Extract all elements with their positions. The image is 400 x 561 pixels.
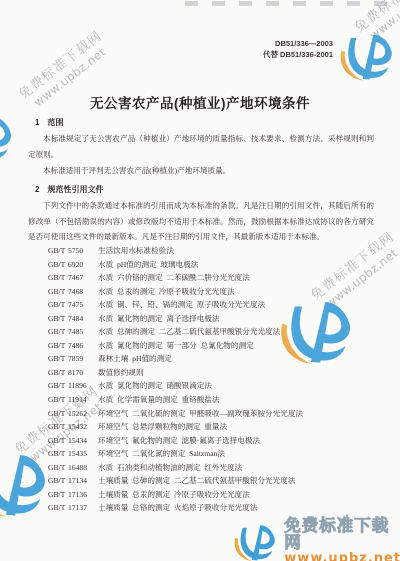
- reference-standard-title: 土壤质量 总砷的测定 二乙基二硫代氨基甲酸银分光光度法: [98, 474, 295, 488]
- reference-standard-label: GB/T: [48, 312, 65, 326]
- reference-standard-label: GB/T: [48, 352, 65, 366]
- reference-standard-number: 7467: [68, 271, 98, 285]
- reference-standard-label: GB/T: [48, 325, 65, 339]
- upbz-logo-icon: [0, 111, 19, 165]
- reference-standard-label: GB/T: [48, 366, 65, 380]
- section2-number: 2: [35, 185, 39, 194]
- reference-standard-number: 7859: [68, 352, 98, 366]
- document-page: 免费标准下载网 www.upbz.net 免费标准下载网 www.upbz.ne…: [0, 0, 400, 561]
- reference-standard-number: 17134: [68, 474, 98, 488]
- reference-standard-title: 水质 氟化物的测定 离子选择电极法: [98, 312, 220, 326]
- reference-row: GB/T 5750 生活饮用水标准检验法: [48, 244, 378, 258]
- reference-standard-title: 水质 六价铬的测定 二苯碳酰二肼分光光度法: [98, 271, 250, 285]
- doc-number-replaces: 代替 DB51/336-2001: [263, 50, 333, 61]
- reference-standard-label: GB/T: [48, 461, 65, 475]
- reference-standard-title: 生活饮用水标准检验法: [98, 244, 174, 258]
- reference-standard-label: GB/T: [48, 501, 65, 515]
- reference-standard-number: 11896: [68, 379, 98, 393]
- reference-standard-number: 7475: [68, 298, 98, 312]
- reference-standard-number: 15432: [68, 420, 98, 434]
- reference-standard-number: 17136: [68, 488, 98, 502]
- brand-site-url: www.upbz.net: [284, 552, 400, 561]
- reference-row: GB/T 7486 水质 氰化物的测定 第一部分 总氰化物的测定: [48, 339, 378, 353]
- reference-standard-title: 环境空气 二氧化氮的测定 Saltzman法: [98, 447, 225, 461]
- upbz-logo-icon: [231, 521, 281, 561]
- section1-paragraph-2: 本标准适用于评判无公害农产品(种植业)产地环境质量。: [28, 163, 374, 179]
- reference-standard-number: 6920: [68, 258, 98, 272]
- upbz-brand-lockup: 免费标准下载网 www.upbz.net: [231, 518, 400, 561]
- section1-body: 本标准规定了无公害农产品（种植业）产地环境的质量指标、技术要求、检测方法、采样规…: [28, 131, 374, 179]
- reference-standard-label: GB/T: [48, 298, 65, 312]
- reference-standard-label: GB/T: [48, 434, 65, 448]
- reference-row: GB/T 11896 水质 氯化物的测定 硝酸银滴定法: [48, 379, 378, 393]
- reference-standard-label: GB/T: [48, 379, 65, 393]
- section2-intro-paragraph: 下列文件中的条款通过本标准的引用而成为本标准的条款。凡是注日期的引用文件，其随后…: [28, 198, 374, 245]
- reference-standard-number: 15435: [68, 447, 98, 461]
- reference-standard-label: GB/T: [48, 258, 65, 272]
- reference-standard-label: GB/T: [48, 271, 65, 285]
- brand-text: 免费标准下载网 www.upbz.net: [284, 518, 400, 561]
- reference-standard-number: 15434: [68, 434, 98, 448]
- section1-number: 1: [35, 118, 39, 127]
- reference-standard-label: GB/T: [48, 285, 65, 299]
- reference-standard-label: GB/T: [48, 474, 65, 488]
- reference-standard-title: 土壤质量 总汞的测定 冷原子吸收分光光度法: [98, 488, 250, 502]
- page-title: 无公害农产品(种植业)产地环境条件: [0, 92, 400, 112]
- reference-standard-title: 环境空气 二氧化硫的测定 甲醛吸收—副玫瑰苯胺分光光度法: [98, 407, 303, 421]
- watermark-site-name: 免费标准下载网: [335, 0, 400, 48]
- section2-heading: 2规范性引用文件: [35, 184, 103, 195]
- reference-standard-title: 水质 氯化物的测定 硝酸银滴定法: [98, 379, 212, 393]
- reference-standard-number: 5750: [68, 244, 98, 258]
- reference-standard-number: 7486: [68, 339, 98, 353]
- reference-standard-title: 水质 化学需氧量的测定 重铬酸盐法: [98, 393, 220, 407]
- reference-standard-title: 数值修约规则: [98, 366, 144, 380]
- doc-number: DB51/336—2003: [263, 39, 333, 50]
- reference-row: GB/T 15435 环境空气 二氧化氮的测定 Saltzman法: [48, 447, 378, 461]
- references-list: GB/T 5750 生活饮用水标准检验法 GB/T 6920 水质 pH值的测定…: [48, 244, 378, 515]
- section2-title: 规范性引用文件: [47, 185, 103, 194]
- reference-standard-label: GB/T: [48, 393, 65, 407]
- reference-standard-title: 环境空气 总悬浮颗粒物的测定 重量法: [98, 420, 227, 434]
- reference-row: GB/T 17134 土壤质量 总砷的测定 二乙基二硫代氨基甲酸银分光光度法: [48, 474, 378, 488]
- reference-row: GB/T 16488 水质 石油类和动植物油的测定 红外光度法: [48, 461, 378, 475]
- reference-row: GB/T 6920 水质 pH值的测定 玻璃电极法: [48, 258, 378, 272]
- reference-standard-title: 土壤质量 总铬的测定 火焰原子吸收分光光度法: [98, 501, 257, 515]
- reference-standard-number: 8170: [68, 366, 98, 380]
- reference-standard-number: 7468: [68, 285, 98, 299]
- reference-standard-label: GB/T: [48, 447, 65, 461]
- doc-number-block: DB51/336—2003 代替 DB51/336-2001: [263, 39, 333, 60]
- reference-standard-title: 森林土壤 pH值的测定: [98, 352, 172, 366]
- reference-row: GB/T 7859 森林土壤 pH值的测定: [48, 352, 378, 366]
- reference-standard-label: GB/T: [48, 420, 65, 434]
- reference-standard-label: GB/T: [48, 339, 65, 353]
- reference-standard-label: GB/T: [48, 488, 65, 502]
- reference-standard-title: 水质 pH值的测定 玻璃电极法: [98, 258, 198, 272]
- reference-standard-number: 7485: [68, 325, 98, 339]
- reference-row: GB/T 7484 水质 氟化物的测定 离子选择电极法: [48, 312, 378, 326]
- reference-row: GB/T 7485 水质 总砷的测定 二乙基二硫代氨基甲酸银分光光度法: [48, 325, 378, 339]
- upbz-logo-icon: [336, 27, 400, 85]
- reference-standard-title: 水质 铜、锌、铅、镉的测定 原子吸收分光光度法: [98, 298, 265, 312]
- reference-standard-title: 水质 石油类和动植物油的测定 红外光度法: [98, 461, 242, 475]
- reference-standard-number: 15262: [68, 407, 98, 421]
- reference-standard-number: 16488: [68, 461, 98, 475]
- reference-row: GB/T 11914 水质 化学需氧量的测定 重铬酸盐法: [48, 393, 378, 407]
- reference-row: GB/T 7468 水质 总汞的测定 冷原子吸收分光光度法: [48, 285, 378, 299]
- reference-row: GB/T 7475 水质 铜、锌、铅、镉的测定 原子吸收分光光度法: [48, 298, 378, 312]
- scan-edge-artifact: [185, 1, 397, 6]
- reference-standard-title: 环境空气 氟化物的测定 滤膜·氟离子选择电极法: [98, 434, 260, 448]
- reference-standard-label: GB/T: [48, 407, 65, 421]
- reference-standard-label: GB/T: [48, 244, 65, 258]
- reference-row: GB/T 17136 土壤质量 总汞的测定 冷原子吸收分光光度法: [48, 488, 378, 502]
- reference-row: GB/T 8170 数值修约规则: [48, 366, 378, 380]
- section1-paragraph-1: 本标准规定了无公害农产品（种植业）产地环境的质量指标、技术要求、检测方法、采样规…: [28, 131, 374, 162]
- watermark-site-url: www.upbz.net: [346, 0, 400, 59]
- reference-standard-number: 17137: [68, 501, 98, 515]
- section1-title: 范围: [47, 118, 63, 127]
- reference-standard-number: 11914: [68, 393, 98, 407]
- reference-row: GB/T 17137 土壤质量 总铬的测定 火焰原子吸收分光光度法: [48, 501, 378, 515]
- brand-site-name: 免费标准下载网: [284, 518, 400, 552]
- reference-standard-number: 7484: [68, 312, 98, 326]
- reference-row: GB/T 15434 环境空气 氟化物的测定 滤膜·氟离子选择电极法: [48, 434, 378, 448]
- reference-row: GB/T 15262 环境空气 二氧化硫的测定 甲醛吸收—副玫瑰苯胺分光光度法: [48, 407, 378, 421]
- section2-intro: 下列文件中的条款通过本标准的引用而成为本标准的条款。凡是注日期的引用文件，其随后…: [28, 198, 374, 245]
- reference-standard-title: 水质 总砷的测定 二乙基二硫代氨基甲酸银分光光度法: [98, 325, 280, 339]
- reference-row: GB/T 7467 水质 六价铬的测定 二苯碳酰二肼分光光度法: [48, 271, 378, 285]
- section1-heading: 1范围: [35, 117, 63, 128]
- watermark-diagonal: 免费标准下载网 www.upbz.net: [335, 0, 400, 59]
- reference-standard-title: 水质 总汞的测定 冷原子吸收分光光度法: [98, 285, 235, 299]
- reference-standard-title: 水质 氰化物的测定 第一部分 总氰化物的测定: [98, 339, 254, 353]
- reference-row: GB/T 15432 环境空气 总悬浮颗粒物的测定 重量法: [48, 420, 378, 434]
